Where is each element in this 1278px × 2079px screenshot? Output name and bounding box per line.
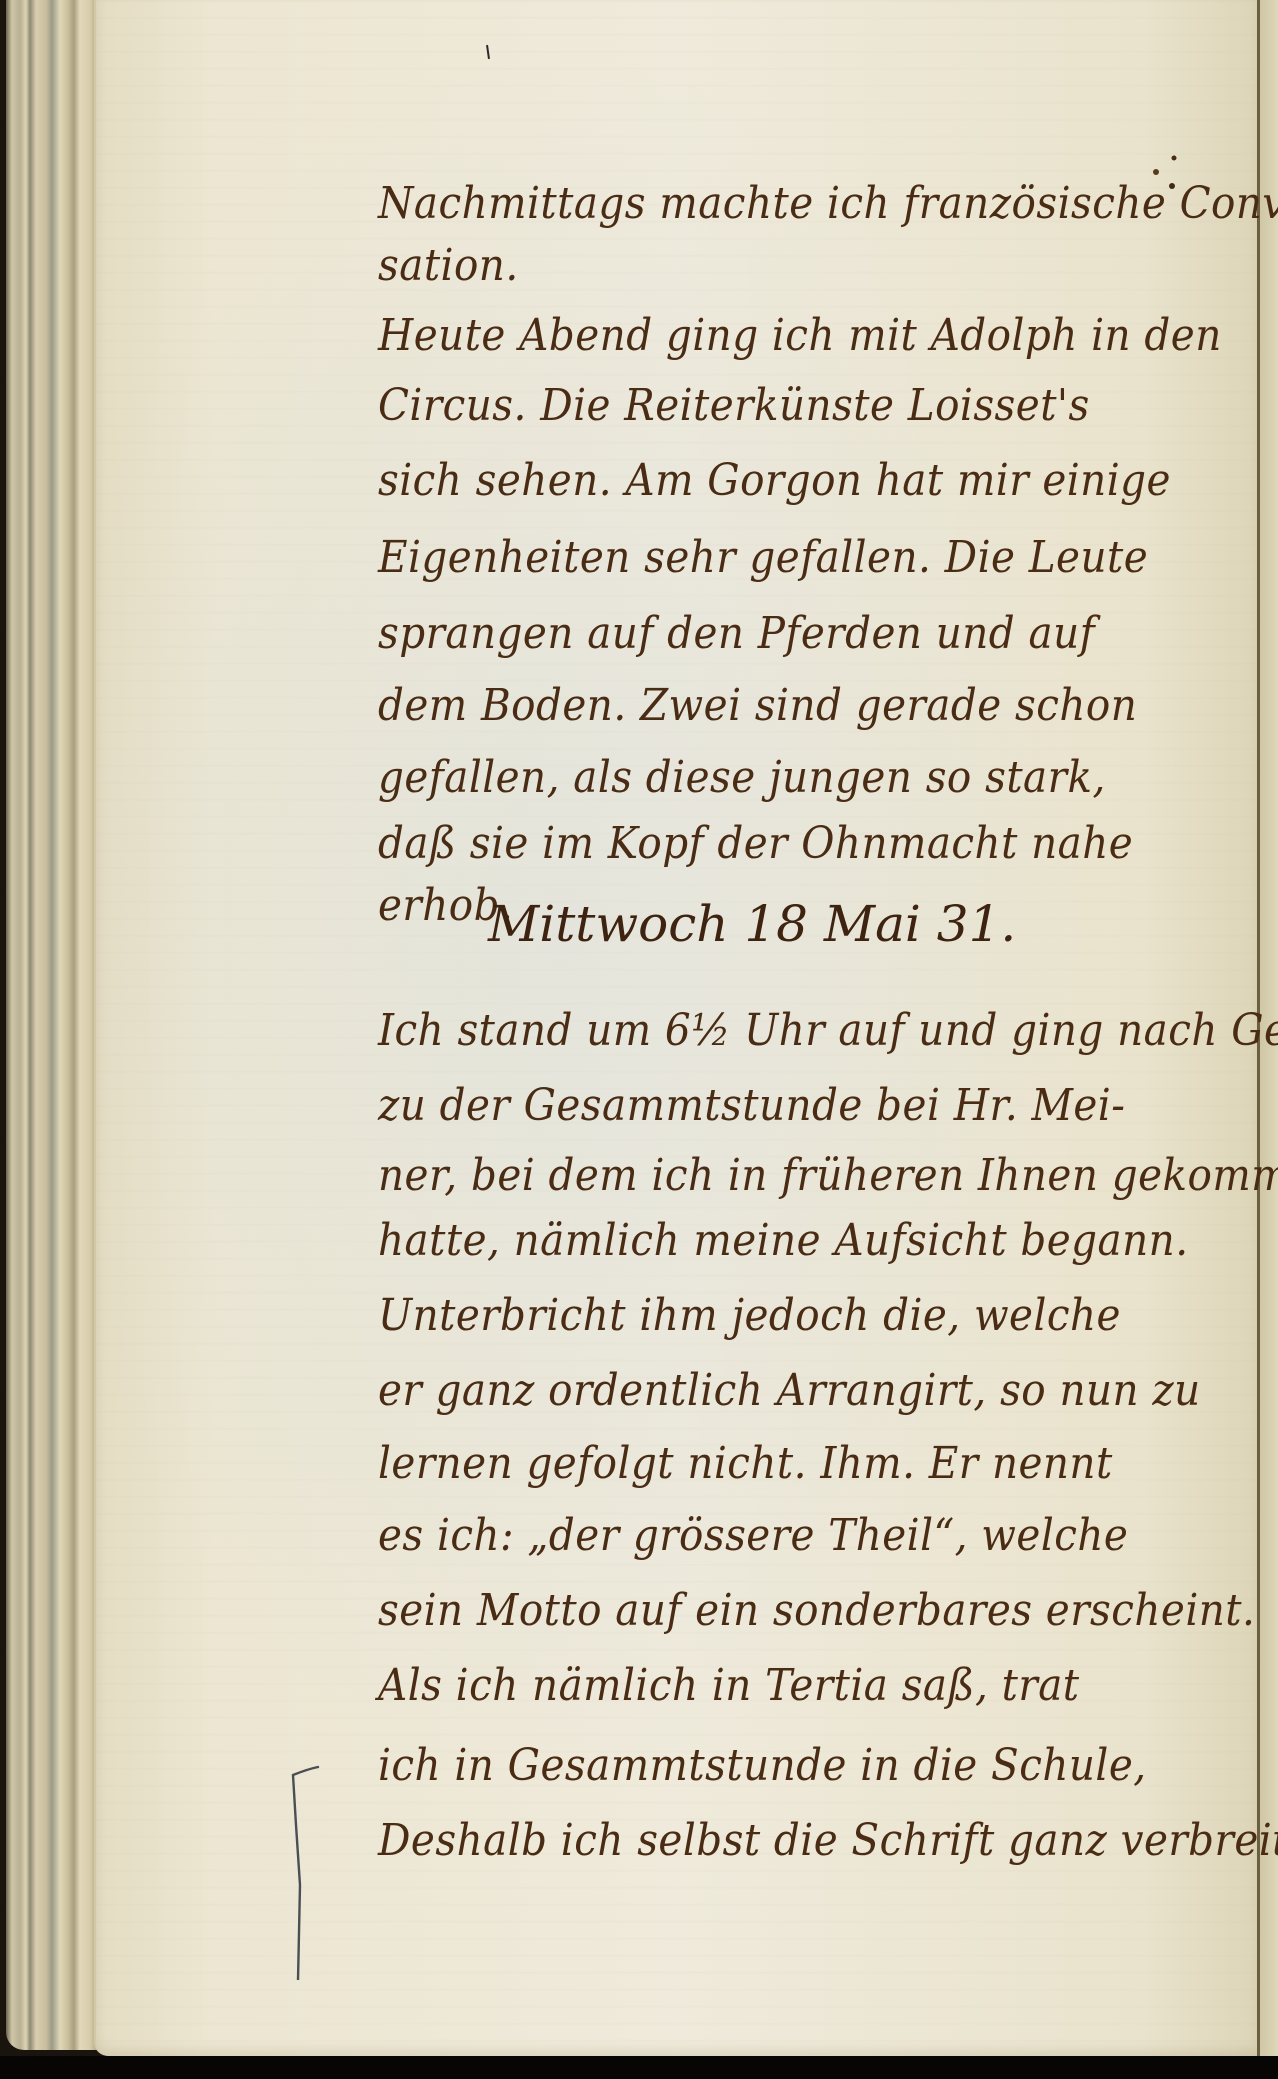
text-line: Eigenheiten sehr gefallen. Die Leute bbox=[378, 532, 1148, 583]
text-line: sein Motto auf ein sonderbares erscheint… bbox=[378, 1585, 1255, 1636]
text-line: lernen gefolgt nicht. Ihm. Er nennt bbox=[378, 1438, 1113, 1489]
scan-background bbox=[0, 2056, 1278, 2079]
text-line: sich sehen. Am Gorgon hat mir einige bbox=[378, 455, 1171, 506]
text-line: Deshalb ich selbst die Schrift ganz verb… bbox=[378, 1815, 1278, 1866]
text-line: Unterbricht ihm jedoch die, welche bbox=[378, 1290, 1121, 1341]
entry-date-heading: Mittwoch 18 Mai 31. bbox=[488, 895, 1016, 953]
text-line: sprangen auf den Pferden und auf bbox=[378, 608, 1095, 659]
text-line: Ich stand um 6½ Uhr auf und ging nach Ge… bbox=[378, 1005, 1278, 1056]
text-line: Nachmittags machte ich französische Conv… bbox=[378, 178, 1278, 229]
text-line: zu der Gesammtstunde bei Hr. Mei- bbox=[378, 1080, 1125, 1131]
text-line: Heute Abend ging ich mit Adolph in den bbox=[378, 310, 1222, 361]
text-line: ich in Gesammtstunde in die Schule, bbox=[378, 1740, 1147, 1791]
text-line: ner, bei dem ich in früheren Ihnen gekom… bbox=[378, 1150, 1278, 1201]
text-line: sation. bbox=[378, 240, 519, 291]
text-line: hatte, nämlich meine Aufsicht begann. bbox=[378, 1215, 1189, 1266]
text-line: Als ich nämlich in Tertia saß, trat bbox=[378, 1660, 1080, 1711]
text-line: gefallen, als diese jungen so stark, bbox=[378, 752, 1106, 803]
pencil-bracket-mark bbox=[290, 1765, 320, 1980]
text-line: daß sie im Kopf der Ohnmacht nahe bbox=[378, 818, 1133, 869]
text-line: dem Boden. Zwei sind gerade schon bbox=[378, 680, 1137, 731]
text-line: er ganz ordentlich Arrangirt, so nun zu bbox=[378, 1365, 1201, 1416]
text-line: Circus. Die Reiterkünste Loisset's bbox=[378, 380, 1090, 431]
page-edges-stack bbox=[6, 0, 98, 2050]
text-line: es ich: „der grössere Theil“, welche bbox=[378, 1510, 1128, 1561]
